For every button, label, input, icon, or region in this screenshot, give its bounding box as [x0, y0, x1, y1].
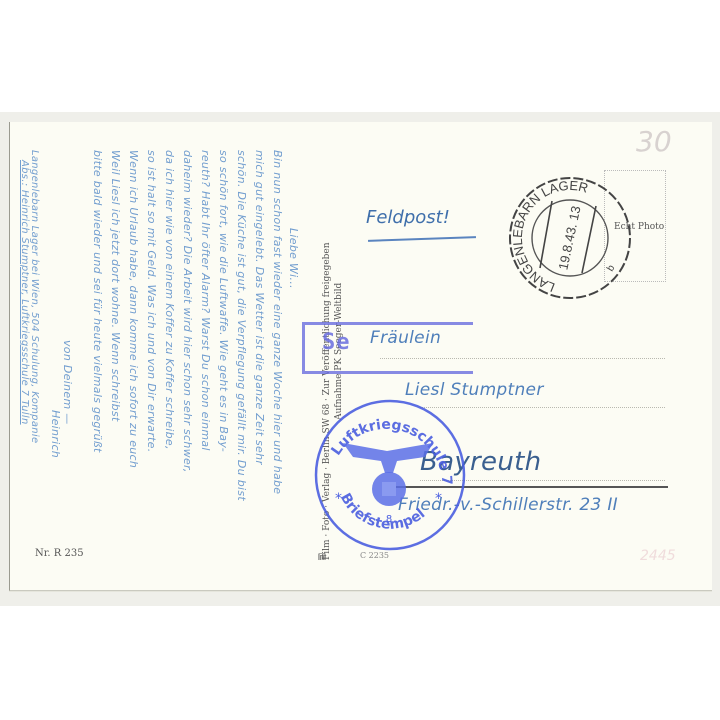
message-greeting: Liebe Wi...: [287, 228, 300, 289]
svg-text:8: 8: [386, 514, 392, 525]
sender-margin-line-1: Langenlebarn Lager bei Wien, 504 Schulun…: [29, 150, 40, 443]
message-line: so ist halt so mit Geld. Was ich und von…: [145, 150, 158, 453]
message-line: reuth? Habt Ihr öfter Alarm? Warst Du sc…: [199, 150, 212, 451]
message-line: mich gut eingelebt. Das Wetter ist die g…: [253, 150, 266, 465]
message-line: Wenn ich Urlaub habe, dann komme ich sof…: [127, 150, 140, 468]
message-line: Weil Liesl ich jetzt dort wohne. Wenn sc…: [109, 150, 122, 422]
svg-text:b: b: [605, 263, 618, 274]
recipient-salutation: Fräulein: [370, 328, 441, 348]
pencil-mark-top: 30: [636, 125, 672, 158]
censor-stamp-text: Se: [322, 330, 351, 355]
message-signature: Heinrich: [49, 410, 62, 458]
sender-margin-line-2: Abs.: Heinrich Stumptner, Luftkriegsschu…: [19, 160, 30, 425]
feldpost-note: Feldpost!: [366, 207, 450, 228]
svg-text:*: *: [435, 491, 442, 507]
message-line: bitte bald wieder und sei für heute viel…: [91, 150, 104, 453]
message-line: schön. Die Küche ist gut, die Verpflegun…: [235, 150, 248, 501]
svg-text:19.8.43. 13: 19.8.43. 13: [555, 205, 583, 272]
message-line: daheim wieder? Die Arbeit wird hier scho…: [181, 150, 194, 473]
message-line: Bin nun schon fast wieder eine ganze Woc…: [271, 150, 284, 494]
svg-text:*: *: [335, 491, 342, 507]
message-closing: von Deinem —: [61, 340, 74, 425]
pencil-mark-bottom: 2445: [640, 548, 676, 564]
message-line: so schön fort, wie die Luftwaffe. Wie ge…: [217, 150, 230, 452]
message-line: da ich hier wie von einem Koffer zu Koff…: [163, 150, 176, 450]
address-line-1: [380, 358, 665, 359]
card-number: Nr. R 235: [35, 548, 84, 559]
postmark: LANGENLEBARN LAGER 19.8.43. 13 b: [500, 168, 640, 308]
unit-stamp: Luftkriegsschule 7 Briefstempel * * 8: [305, 385, 475, 555]
